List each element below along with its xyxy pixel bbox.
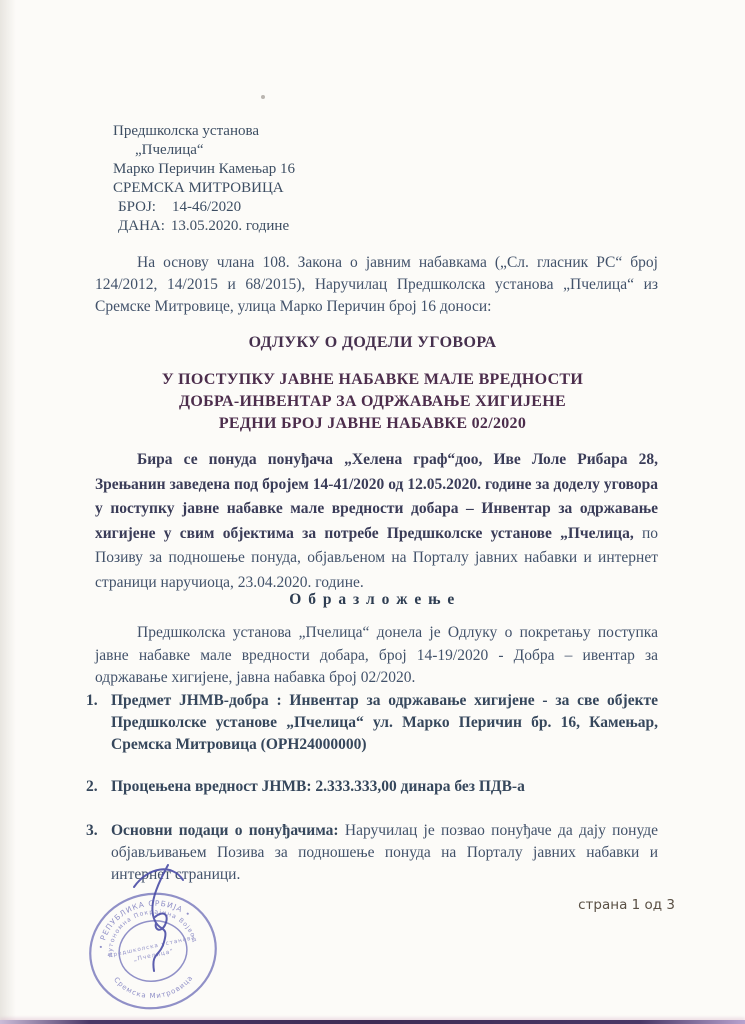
intro-paragraph: На основу члана 108. Закона о јавним наб… xyxy=(95,252,658,318)
subtitle-line-2: ДОБРА-ИНВЕНТАР ЗА ОДРЖАВАЊЕ ХИГИЈЕНЕ xyxy=(0,391,745,413)
rationale-paragraph: Предшколска установа „Пчелица“ донела је… xyxy=(95,622,658,690)
list-item-1-number: 1. xyxy=(86,690,111,756)
scan-bottom-edge xyxy=(0,1020,745,1024)
stamp-graphic: • РЕПУБЛИКА СРБИЈА • Аутономна Покрајина… xyxy=(60,853,250,1019)
scan-edge-shadow xyxy=(0,0,16,1024)
list-item-1-text: Предмет ЈНМВ-добра : Инвентар за одржава… xyxy=(111,690,658,756)
list-item-2-bold: Процењена вредност ЈНМВ: 2.333.333,00 ди… xyxy=(111,778,525,795)
decision-bold-text: Бира се понуда понуђача „Хелена граф“доо… xyxy=(95,451,658,542)
list-item-3-bold: Основни подаци о понуђачима: xyxy=(111,822,339,839)
document-number-line: БРОЈ:14-46/2020 xyxy=(113,198,295,217)
document-date-label: ДАНА: xyxy=(118,218,165,234)
list-item-1: 1. Предмет ЈНМВ-добра : Инвентар за одрж… xyxy=(86,690,658,756)
subtitle-line-3: РЕДНИ БРОЈ ЈАВНЕ НАБАВКЕ 02/2020 xyxy=(0,413,745,435)
document-date-line: ДАНА:13.05.2020. године xyxy=(113,217,295,236)
org-address: Марко Перичин Камењар 16 xyxy=(113,160,295,179)
subtitle-line-1: У ПОСТУПКУ ЈАВНЕ НАБАВКЕ МАЛЕ ВРЕДНОСТИ xyxy=(0,369,745,391)
list-item-2-number: 2. xyxy=(86,776,111,798)
decision-paragraph: Бира се понуда понуђача „Хелена граф“доо… xyxy=(95,448,658,595)
document-number-label: БРОЈ: xyxy=(118,199,156,215)
list-item-2-text: Процењена вредност ЈНМВ: 2.333.333,00 ди… xyxy=(111,776,658,798)
org-short-name: „Пчелица“ xyxy=(113,141,295,160)
document-title: ОДЛУКУ О ДОДЕЛИ УГОВОРА xyxy=(0,334,745,352)
letterhead: Предшколска установа „Пчелица“ Марко Пер… xyxy=(113,122,295,236)
scanned-document-page: Предшколска установа „Пчелица“ Марко Пер… xyxy=(0,0,745,1024)
official-stamp: • РЕПУБЛИКА СРБИЈА • Аутономна Покрајина… xyxy=(60,853,250,1019)
page-number: страна 1 од 3 xyxy=(578,897,675,913)
list-item-1-bold: Предмет ЈНМВ-добра : Инвентар за одржава… xyxy=(111,692,658,753)
org-name: Предшколска установа xyxy=(113,122,295,141)
org-city: СРЕМСКА МИТРОВИЦА xyxy=(113,179,295,198)
document-subtitle: У ПОСТУПКУ ЈАВНЕ НАБАВКЕ МАЛЕ ВРЕДНОСТИ … xyxy=(0,369,745,435)
document-number-value: 14-46/2020 xyxy=(172,199,241,215)
list-item-2: 2. Процењена вредност ЈНМВ: 2.333.333,00… xyxy=(86,776,658,798)
scan-speck xyxy=(261,95,265,99)
document-date-value: 13.05.2020. године xyxy=(171,218,289,234)
rationale-heading: О б р а з л о ж е њ е xyxy=(0,591,745,609)
